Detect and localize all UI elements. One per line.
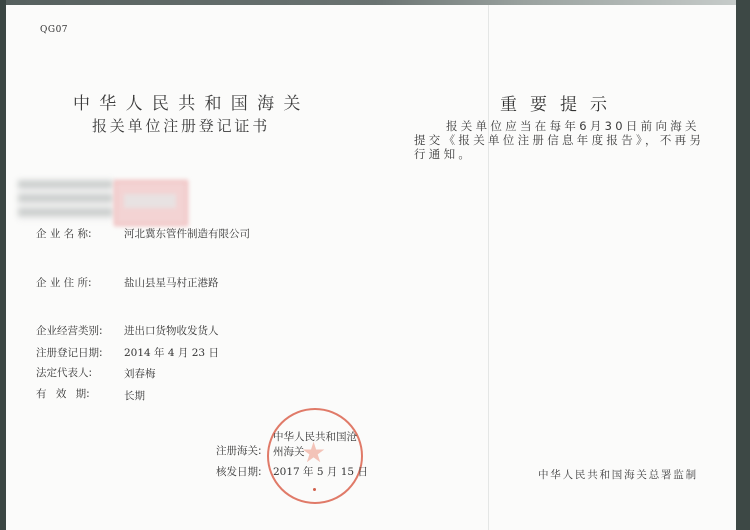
registration-customs-value-line2: 州海关 [273,444,305,459]
issuing-authority: 中华人民共和国海关总署监制 [538,467,698,482]
field-label-legal-representative: 法定代表人: [36,365,92,380]
issue-date-label: 核发日期: [216,464,262,479]
redacted-registration-number [18,180,113,220]
field-value-address: 盐山县星马村正港路 [124,275,219,290]
scan-frame-right [736,0,750,530]
field-label-registration-date: 注册登记日期: [36,345,103,360]
field-label-address: 企 业 住 所: [36,275,92,290]
certificate-title-line1: 中华人民共和国海关 [73,89,310,114]
registration-customs-value-line1: 中华人民共和国沧 [273,429,357,444]
notice-title: 重要提示 [500,90,620,115]
registration-customs-label: 注册海关: [216,443,262,458]
field-value-validity: 长期 [124,388,145,403]
redacted-registration-code [114,180,188,226]
form-code: QG07 [40,25,68,35]
field-label-company-name: 企 业 名 称: [36,226,92,241]
issue-date-value: 2017 年 5 月 15 日 [273,464,368,479]
notice-body: 报关单位应当在每年6月30日前向海关提交《报关单位注册信息年度报告》，不再另行通… [414,119,709,161]
page-fold-line [488,5,489,530]
field-value-legal-representative: 刘春梅 [124,366,156,381]
seal-dot [313,488,316,491]
field-value-company-name: 河北冀东管件制造有限公司 [124,226,250,241]
field-value-business-type: 进出口货物收发货人 [124,323,219,338]
field-value-registration-date: 2014 年 4 月 23 日 [124,345,219,360]
certificate-page: QG07 中华人民共和国海关 报关单位注册登记证书 重要提示 报关单位应当在每年… [6,5,736,530]
field-label-business-type: 企业经营类别: [36,323,103,338]
certificate-title-line2: 报关单位注册登记证书 [92,115,270,136]
field-label-validity: 有 效 期: [36,386,90,401]
